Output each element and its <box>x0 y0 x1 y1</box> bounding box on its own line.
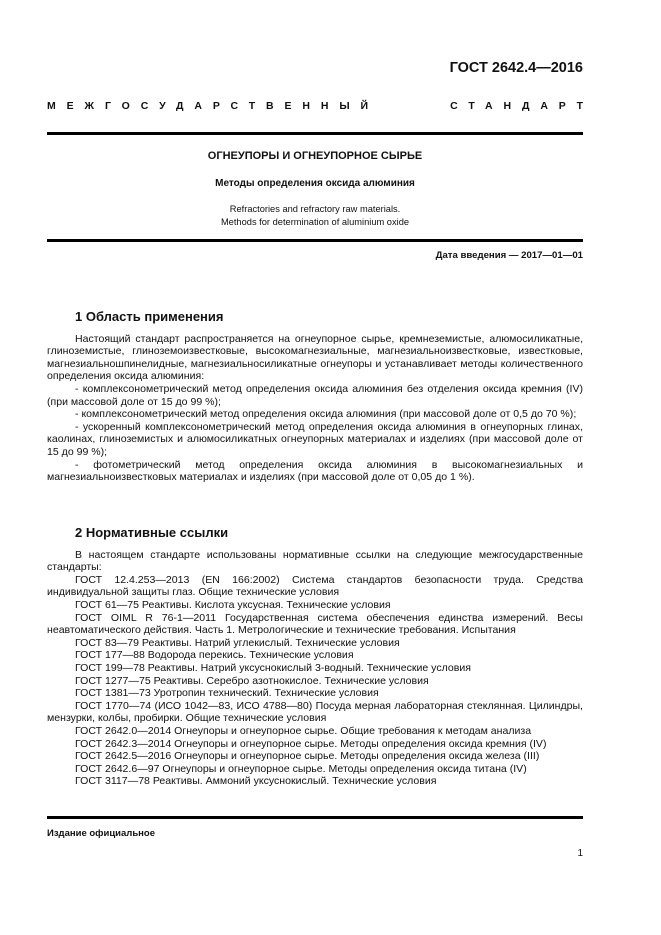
scope-method-item: - фотометрический метод определения окси… <box>47 459 583 484</box>
section-1-intro: Настоящий стандарт распространяется на о… <box>47 333 583 383</box>
scope-method-item: - комплексонометрический метод определен… <box>47 383 583 408</box>
page-number: 1 <box>577 848 583 859</box>
reference-item: ГОСТ 199—78 Реактивы. Натрий уксуснокисл… <box>47 662 583 675</box>
reference-item: ГОСТ 2642.3—2014 Огнеупоры и огнеупорное… <box>47 738 583 751</box>
scope-method-item: - ускоренный комплексонометрический мето… <box>47 421 583 459</box>
title-rule <box>47 239 583 242</box>
reference-item: ГОСТ OIML R 76-1—2011 Государственная си… <box>47 612 583 637</box>
reference-item: ГОСТ 61—75 Реактивы. Кислота уксусная. Т… <box>47 599 583 612</box>
scope-method-item: - комплексонометрический метод определен… <box>47 408 583 421</box>
header-rule <box>47 132 583 135</box>
official-edition-label: Издание официальное <box>47 828 155 839</box>
reference-item: ГОСТ 2642.0—2014 Огнеупоры и огнеупорное… <box>47 725 583 738</box>
section-2-intro: В настоящем стандарте использованы норма… <box>47 549 583 574</box>
standard-type-banner: МЕЖГОСУДАРСТВЕННЫЙ СТАНДАРТ <box>47 100 583 112</box>
reference-item: ГОСТ 2642.6—97 Огнеупоры и огнеупорное с… <box>47 763 583 776</box>
reference-item: ГОСТ 3117—78 Реактивы. Аммоний уксусноки… <box>47 775 583 788</box>
document-title: ОГНЕУПОРЫ И ОГНЕУПОРНОЕ СЫРЬЕ <box>47 150 583 162</box>
reference-item: ГОСТ 1381—73 Уротропин технический. Техн… <box>47 687 583 700</box>
section-2-heading: 2 Нормативные ссылки <box>75 527 583 540</box>
reference-item: ГОСТ 1277—75 Реактивы. Серебро азотнокис… <box>47 675 583 688</box>
standard-type-word2: СТАНДАРТ <box>450 100 594 112</box>
section-scope: 1 Область применения Настоящий стандарт … <box>47 311 583 484</box>
gost-identifier: ГОСТ 2642.4—2016 <box>450 60 583 76</box>
reference-item: ГОСТ 1770—74 (ИСО 1042—83, ИСО 4788—80) … <box>47 700 583 725</box>
reference-item: ГОСТ 12.4.253—2013 (EN 166:2002) Система… <box>47 574 583 599</box>
document-subtitle: Методы определения оксида алюминия <box>47 178 583 189</box>
standard-type-word1: МЕЖГОСУДАРСТВЕННЫЙ <box>47 100 379 112</box>
reference-item: ГОСТ 83—79 Реактивы. Натрий углекислый. … <box>47 637 583 650</box>
section-1-heading: 1 Область применения <box>75 311 583 324</box>
introduction-date: Дата введения — 2017—01—01 <box>436 250 583 261</box>
reference-item: ГОСТ 2642.5—2016 Огнеупоры и огнеупорное… <box>47 750 583 763</box>
english-title-line2: Methods for determination of aluminium o… <box>47 216 583 229</box>
reference-item: ГОСТ 177—88 Водорода перекись. Техническ… <box>47 649 583 662</box>
english-title: Refractories and refractory raw material… <box>47 203 583 228</box>
english-title-line1: Refractories and refractory raw material… <box>47 203 583 216</box>
reference-list: ГОСТ 12.4.253—2013 (EN 166:2002) Система… <box>47 574 583 788</box>
footer-rule <box>47 816 583 819</box>
scope-method-list: - комплексонометрический метод определен… <box>47 383 583 484</box>
section-normative-references: 2 Нормативные ссылки В настоящем стандар… <box>47 527 583 788</box>
